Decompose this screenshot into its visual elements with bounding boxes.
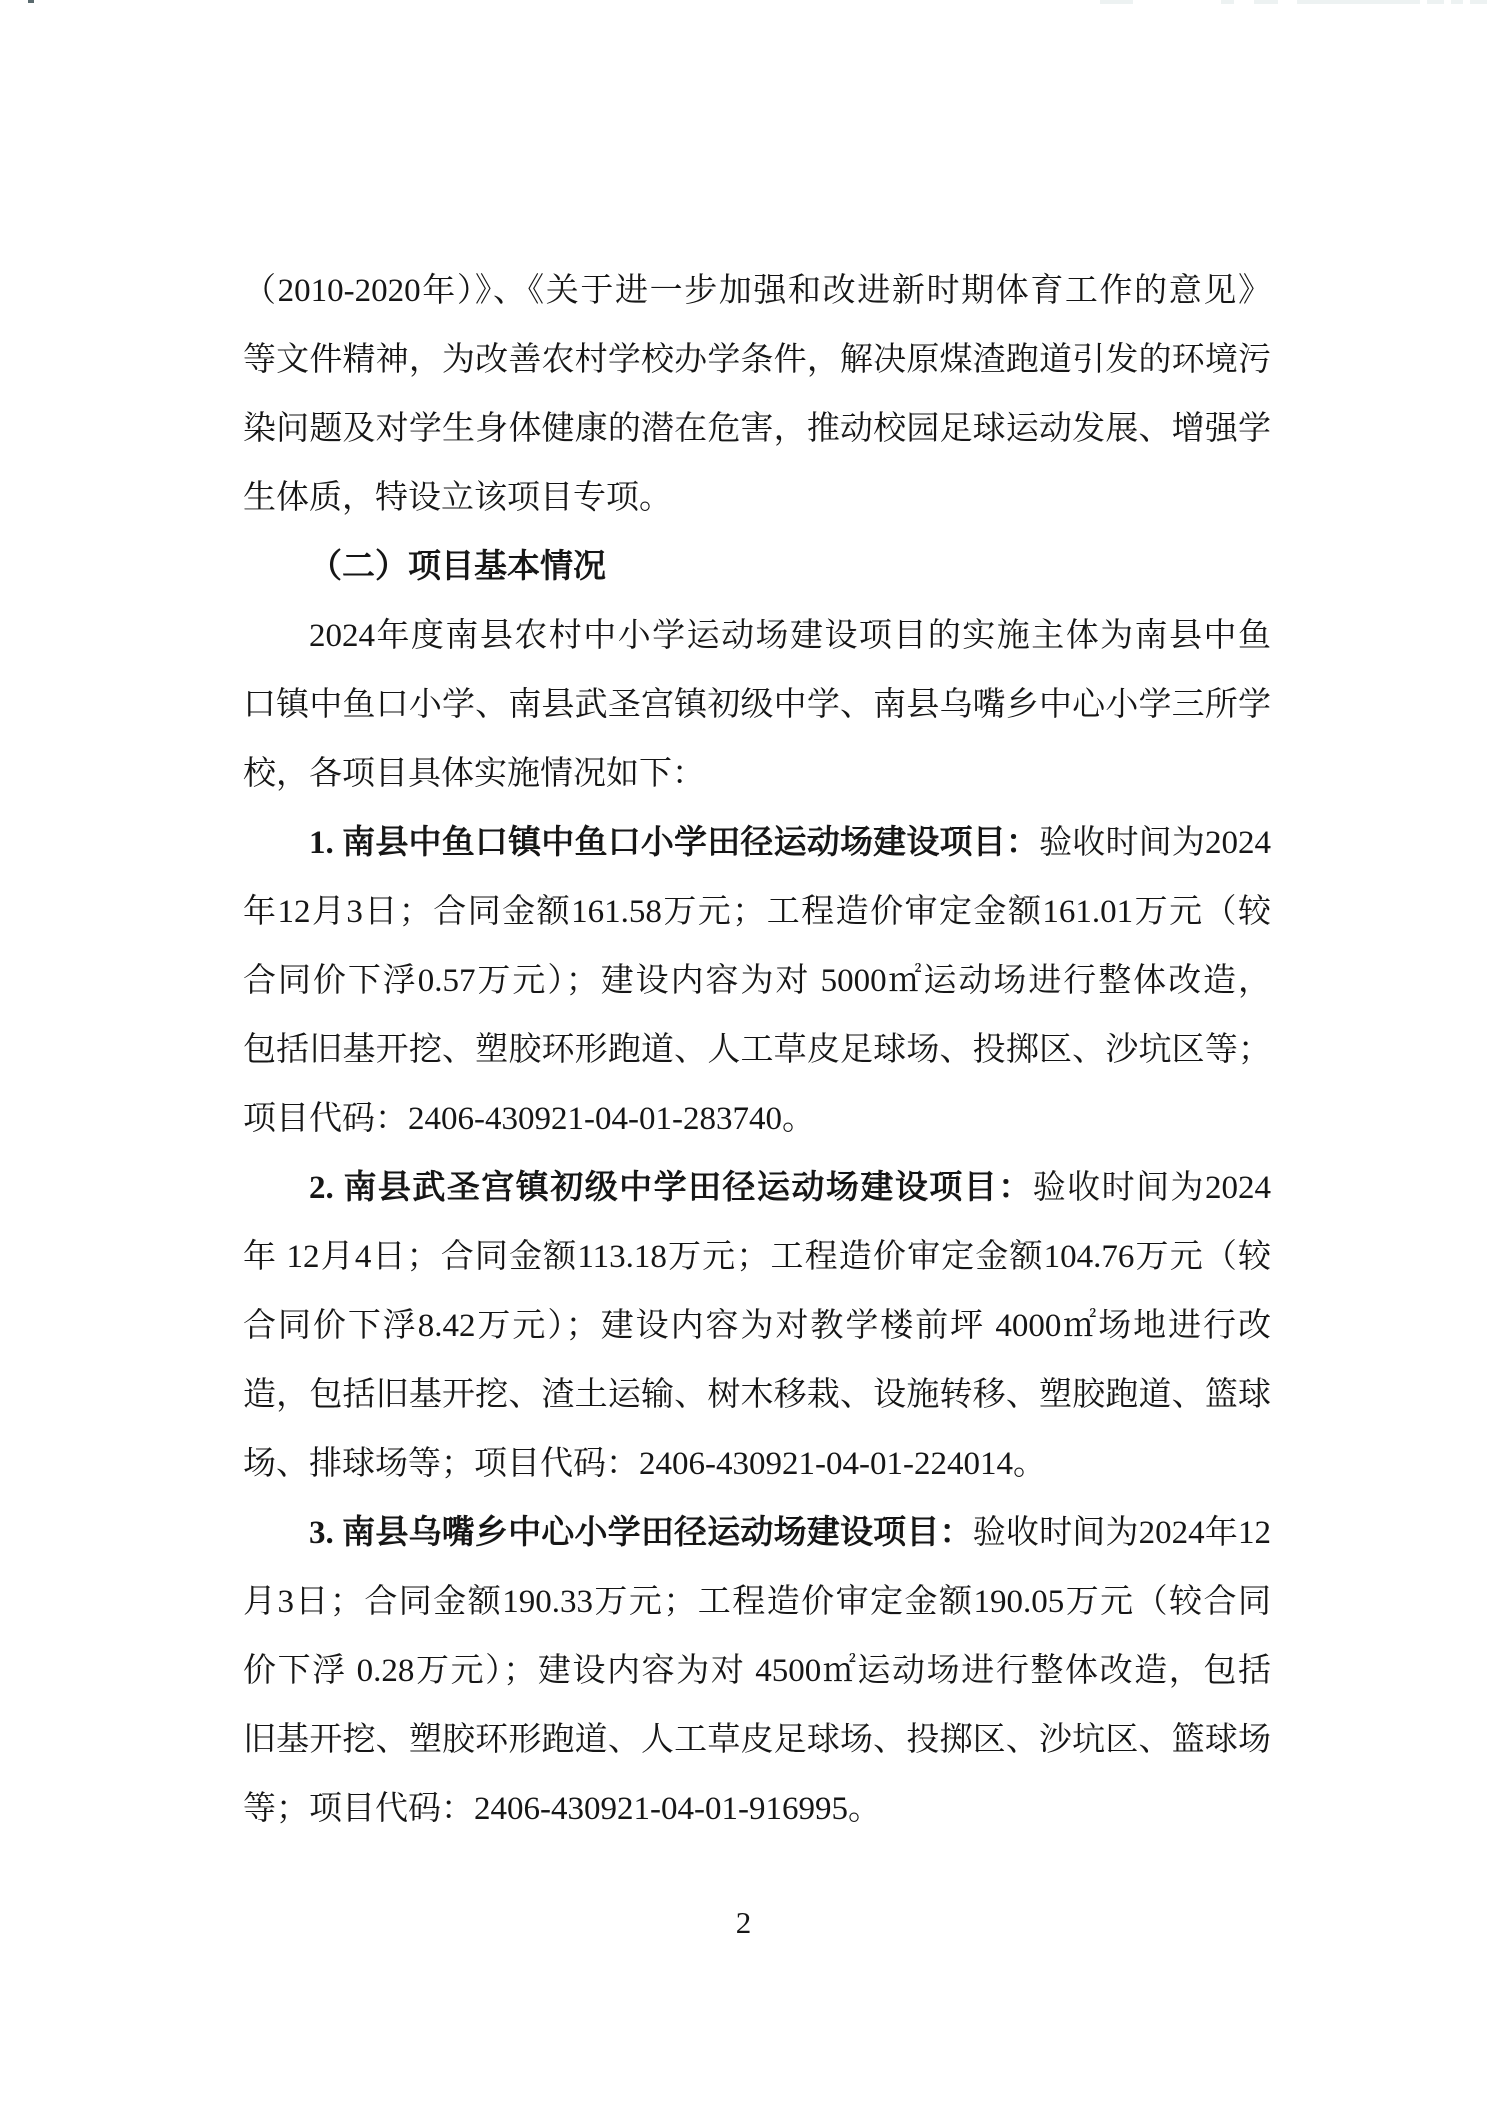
text-run: 验收时间为2024: [1033, 1170, 1271, 1206]
body-line: 染问题及对学生身体健康的潜在危害，推动校园足球运动发展、增强学: [243, 395, 1271, 464]
project-code-line: 项目代码：2406-430921-04-01-283740。: [243, 1085, 1271, 1154]
scan-artifact-strip: [1451, 0, 1463, 4]
scan-artifact-strip: [1470, 0, 1487, 4]
scan-artifact-strip: [1297, 0, 1420, 4]
scan-artifact-strip: [1100, 0, 1133, 4]
body-line: 合同价下浮0.57万元）；建设内容为对 5000㎡运动场进行整体改造，: [243, 947, 1271, 1016]
document-body: （2010-2020年）》、《关于进一步加强和改进新时期体育工作的意见》 等文件…: [243, 257, 1271, 1844]
body-line: 造，包括旧基开挖、渣土运输、树木移栽、设施转移、塑胶跑道、篮球: [243, 1361, 1271, 1430]
text-run: （2010-2020年）》、《关于进一步加强和改进新时期体育工作的意见》: [243, 273, 1271, 309]
body-line: 口镇中鱼口小学、南县武圣宫镇初级中学、南县乌嘴乡中心小学三所学: [243, 671, 1271, 740]
project-1-line: 1. 南县中鱼口镇中鱼口小学田径运动场建设项目：验收时间为2024: [243, 809, 1271, 878]
project-code-line: 场、排球场等；项目代码：2406-430921-04-01-224014。: [243, 1430, 1271, 1499]
project-3-line: 3. 南县乌嘴乡中心小学田径运动场建设项目：验收时间为2024年12: [243, 1499, 1271, 1568]
text-run: 验收时间为2024年12: [973, 1515, 1271, 1551]
project-title: 1. 南县中鱼口镇中鱼口小学田径运动场建设项目：: [309, 825, 1039, 861]
text-run: 包括旧基开挖、塑胶环形跑道、人工草皮足球场、投掷区、沙坑区等；: [243, 1032, 1271, 1068]
text-run: 2024年度南县农村中小学运动场建设项目的实施主体为南县中鱼: [309, 618, 1271, 654]
heading-text: （二）项目基本情况: [309, 549, 606, 585]
scan-artifact-strip: [1427, 0, 1444, 4]
text-run: 等文件精神，为改善农村学校办学条件，解决原煤渣跑道引发的环境污: [243, 342, 1271, 378]
text-run: 年12月3日；合同金额161.58万元；工程造价审定金额161.01万元（较: [243, 894, 1271, 930]
text-run: 合同价下浮8.42万元）；建设内容为对教学楼前坪 4000㎡场地进行改: [243, 1308, 1271, 1344]
project-title: 2. 南县武圣宫镇初级中学田径运动场建设项目：: [309, 1170, 1033, 1206]
scan-artifact-strip: [1254, 0, 1278, 4]
body-line: 等文件精神，为改善农村学校办学条件，解决原煤渣跑道引发的环境污: [243, 326, 1271, 395]
text-run: 验收时间为2024: [1039, 825, 1271, 861]
body-line: 包括旧基开挖、塑胶环形跑道、人工草皮足球场、投掷区、沙坑区等；: [243, 1016, 1271, 1085]
body-line: 合同价下浮8.42万元）；建设内容为对教学楼前坪 4000㎡场地进行改: [243, 1292, 1271, 1361]
project-code-line: 等；项目代码：2406-430921-04-01-916995。: [243, 1775, 1271, 1844]
text-run: 旧基开挖、塑胶环形跑道、人工草皮足球场、投掷区、沙坑区、篮球场: [243, 1722, 1271, 1758]
document-page: （2010-2020年）》、《关于进一步加强和改进新时期体育工作的意见》 等文件…: [0, 0, 1487, 2105]
body-line: 生体质，特设立该项目专项。: [243, 464, 1271, 533]
scan-speck: [28, 0, 34, 3]
body-line: 价下浮 0.28万元）；建设内容为对 4500㎡运动场进行整体改造，包括: [243, 1637, 1271, 1706]
text-run: 生体质，特设立该项目专项。: [243, 480, 672, 516]
scan-artifact-strip: [1221, 0, 1234, 4]
body-line: 旧基开挖、塑胶环形跑道、人工草皮足球场、投掷区、沙坑区、篮球场: [243, 1706, 1271, 1775]
text-run: 合同价下浮0.57万元）；建设内容为对 5000㎡运动场进行整体改造，: [243, 963, 1271, 999]
project-2-line: 2. 南县武圣宫镇初级中学田径运动场建设项目：验收时间为2024: [243, 1154, 1271, 1223]
text-run: 校，各项目具体实施情况如下：: [243, 756, 705, 792]
body-line: 校，各项目具体实施情况如下：: [243, 740, 1271, 809]
text-run: 等；项目代码：2406-430921-04-01-916995。: [243, 1791, 881, 1827]
text-run: 场、排球场等；项目代码：2406-430921-04-01-224014。: [243, 1446, 1046, 1482]
body-line: 年 12月4日；合同金额113.18万元；工程造价审定金额104.76万元（较: [243, 1223, 1271, 1292]
text-run: 月3日；合同金额190.33万元；工程造价审定金额190.05万元（较合同: [243, 1584, 1271, 1620]
text-run: 染问题及对学生身体健康的潜在危害，推动校园足球运动发展、增强学: [243, 411, 1271, 447]
text-run: 造，包括旧基开挖、渣土运输、树木移栽、设施转移、塑胶跑道、篮球: [243, 1377, 1271, 1413]
text-run: 年 12月4日；合同金额113.18万元；工程造价审定金额104.76万元（较: [243, 1239, 1271, 1275]
body-line: 年12月3日；合同金额161.58万元；工程造价审定金额161.01万元（较: [243, 878, 1271, 947]
section-heading: （二）项目基本情况: [243, 533, 1271, 602]
body-line: 2024年度南县农村中小学运动场建设项目的实施主体为南县中鱼: [243, 602, 1271, 671]
page-number: 2: [0, 1901, 1487, 1945]
text-run: 项目代码：2406-430921-04-01-283740。: [243, 1101, 815, 1137]
body-line: 月3日；合同金额190.33万元；工程造价审定金额190.05万元（较合同: [243, 1568, 1271, 1637]
body-line: （2010-2020年）》、《关于进一步加强和改进新时期体育工作的意见》: [243, 257, 1271, 326]
project-title: 3. 南县乌嘴乡中心小学田径运动场建设项目：: [309, 1515, 973, 1551]
text-run: 价下浮 0.28万元）；建设内容为对 4500㎡运动场进行整体改造，包括: [243, 1653, 1271, 1689]
text-run: 口镇中鱼口小学、南县武圣宫镇初级中学、南县乌嘴乡中心小学三所学: [243, 687, 1271, 723]
